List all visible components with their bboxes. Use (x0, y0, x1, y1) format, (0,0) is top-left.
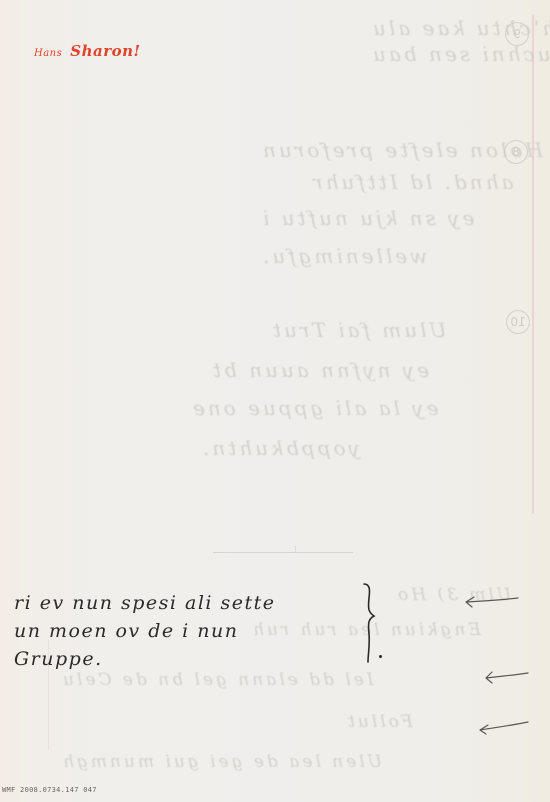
bleed-line: ey la ali gppue one (190, 396, 438, 420)
bleed-line: wellenimgfu. (260, 244, 427, 268)
left-arrow-icon (476, 718, 536, 738)
bleed-line: Ulum fai Trut (270, 318, 446, 342)
bleed-line: yoppbkuhtn. (200, 436, 360, 460)
bleed-line: Iel dd elann gel bn de Celu (60, 670, 374, 690)
margin-line (532, 14, 534, 514)
bleed-circled-number: 10 (506, 310, 530, 334)
bleed-line: puchni sen bau (370, 42, 550, 66)
left-arrow-icon (462, 592, 522, 612)
period-mark (379, 655, 382, 658)
divider-mark: ⁝ (294, 546, 300, 556)
main-text-line: un moen ov de i nun (14, 620, 238, 642)
red-note-second-word: Sharon! (70, 42, 140, 60)
accession-number: WMF 2008.0734.147 047 (2, 786, 97, 794)
main-text-line: ri ev nun spesi ali sette (14, 592, 276, 614)
left-arrow-icon (482, 668, 542, 688)
bleed-line: ey nyfnn auun bt (210, 358, 429, 382)
bleed-line: Ach'chtu kae alu (370, 16, 550, 40)
red-handwritten-note: HansSharon! (34, 42, 141, 60)
bleed-line: Holon elefte preforun (260, 138, 543, 162)
main-text-line: Gruppe. (14, 648, 103, 670)
manuscript-page: 9 Ach'chtu kae alu puchni sen bau 8 Holo… (0, 0, 550, 802)
red-note-first-word: Hans (34, 48, 62, 59)
bleed-line: Follut (345, 712, 413, 732)
bleed-line: ey sn kju nuftu i (260, 206, 474, 230)
curly-brace-icon (360, 582, 380, 666)
bleed-line: Ulen lea de gei gui munmgh (60, 752, 382, 772)
divider-line (213, 552, 353, 553)
bleed-line: ahnd. ld Ittfuhr (310, 170, 513, 194)
